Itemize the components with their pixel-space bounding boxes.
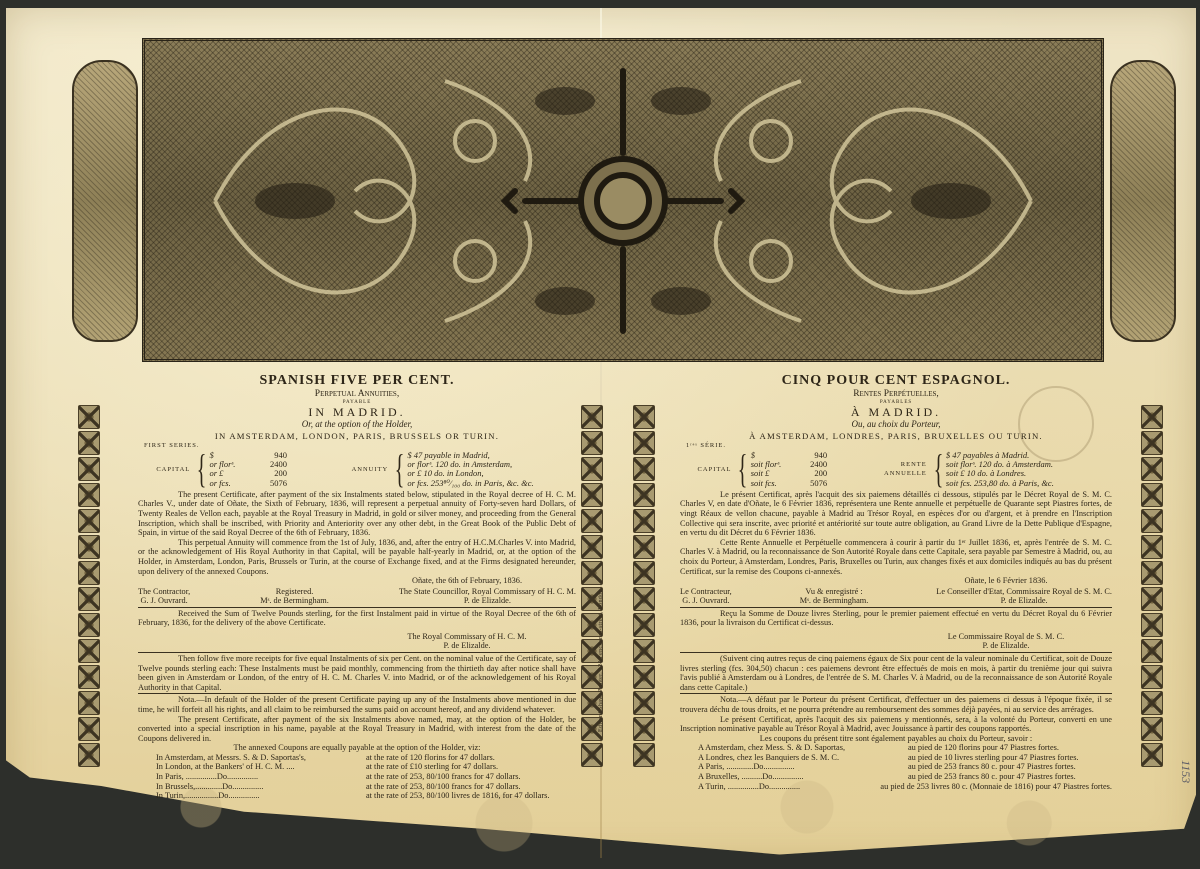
brace-icon: { [395,451,405,487]
english-amounts: CAPITAL { $940 or florˢ. 2400 or £200 or… [138,451,576,488]
capital-label: CAPITAL [138,465,194,474]
annuity-values: $ 47 payables à Madrid. soit florˢ. 120 … [946,451,1112,488]
english-receipt-sig-name: P. de Elizalde. [358,641,576,651]
brace-icon: { [738,451,748,487]
brace-icon: { [197,451,207,487]
french-receipt-sig-title: Le Commissaire Royal de S. M. C. [900,632,1112,642]
english-city: IN MADRID. [138,406,576,419]
french-receipt-sig-name: P. de Elizalde. [900,641,1112,651]
list-item: In London, at the Bankers' of H. C. M. .… [156,762,576,772]
list-item: In Amsterdam, at Messrs. S. & D. Saporta… [156,753,576,763]
french-subtitle: Rentes Perpétuelles, [680,389,1112,400]
french-nota: Nota.—A défaut par le Porteur du présent… [680,695,1112,714]
english-title: SPANISH FIVE PER CENT. [138,372,576,389]
list-item: A Londres, chez les Banquiers de S. M. C… [698,753,1112,763]
engraved-header-vignette [142,38,1104,362]
list-item: A Paris, .............Do...............a… [698,762,1112,772]
french-city: À MADRID. [680,406,1112,419]
french-para-4: Le présent Certificat, après l'acquit de… [680,715,1112,734]
english-receipt-sig-title: The Royal Commissary of H. C. M. [358,632,576,642]
capital-values: $940 or florˢ. 2400 or £200 or fcs.5076 [209,451,287,488]
list-item: In Brussels,.............Do.............… [156,782,576,792]
list-item: In Paris, ...............Do.............… [156,772,576,782]
french-para-3: (Suivent cinq autres reçus de cinq paiem… [680,654,1112,692]
list-item: A Turin, ...............Do..............… [698,782,1112,792]
french-date-line: Oñate, le 6 Février 1836. [900,576,1112,586]
list-item: A Bruxelles, ..........Do...............… [698,772,1112,782]
english-coupon-list: In Amsterdam, at Messrs. S. & D. Saporta… [156,753,576,801]
left-ornament-border [78,405,100,767]
divider [680,652,1112,653]
annuity-label: RENTE ANNUELLE [875,460,930,478]
right-ornament-border [1141,405,1163,767]
english-date-line: Oñate, the 6th of February, 1836. [358,576,576,586]
french-para-1: Le présent Certificat, après l'acquit de… [680,490,1112,538]
english-option-line: Or, at the option of the Holder, [138,419,576,430]
english-para-4: The present Certificate, after payment o… [138,715,576,744]
list-item: In Turin,................Do.............… [156,791,576,801]
english-text-column: SPANISH FIVE PER CENT. Perpetual Annuiti… [138,370,576,790]
pencil-annotation: 1153 [1178,760,1193,783]
english-receipt: Received the Sum of Twelve Pounds sterli… [138,609,576,628]
english-para-1: The present Certificate, after payment o… [138,490,576,538]
capital-label: CAPITAL [680,465,735,474]
divider [138,607,576,608]
french-text-column: CINQ POUR CENT ESPAGNOL. Rentes Perpétue… [680,370,1112,790]
french-coupon-list: A Amsterdam, chez Mess. S. & D. Saportas… [698,743,1112,791]
english-signatures: The Contractor,G. J. Ouvrard. Registered… [138,587,576,606]
annuity-label: ANNUITY [336,465,392,474]
french-receipt: Reçu la Somme de Douze livres Sterling, … [680,609,1112,628]
center-right-ornament-border [633,405,655,767]
french-signatures: Le Contracteur,G. J. Ouvrard. Vu & enreg… [680,587,1112,606]
divider [138,693,576,694]
divider [138,652,576,653]
list-item: A Amsterdam, chez Mess. S. & D. Saportas… [698,743,1112,753]
english-cities-line: IN AMSTERDAM, LONDON, PARIS, BRUSSELS OR… [138,430,576,442]
french-cities-line: À AMSTERDAM, LONDRES, PARIS, BRUXELLES O… [680,430,1112,442]
right-scroll-ornament [1110,60,1176,342]
left-scroll-ornament [72,60,138,342]
english-para-2: This perpetual Annuity will commence fro… [138,538,576,576]
english-series: FIRST SERIES. [144,442,576,450]
scrollwork-ornament-icon [145,41,1101,359]
english-subtitle: Perpetual Annuities, [138,389,576,400]
french-amounts: CAPITAL { $940 soit florˢ.2400 soit £200… [680,451,1112,488]
annuity-values: $ 47 payable in Madrid, or florˢ. 120 do… [407,451,576,488]
english-para-3: Then follow five more receipts for five … [138,654,576,692]
divider [680,693,1112,694]
french-coupons-intro: Les coupons du présent titre sont égalem… [680,734,1112,744]
french-para-2: Cette Rente Annuelle et Perpétuelle comm… [680,538,1112,576]
english-nota: Nota.—In default of the Holder of the pr… [138,695,576,714]
french-series: 1ʳᵉˢ SÉRIE. [686,442,1112,450]
brace-icon: { [934,451,944,487]
french-title: CINQ POUR CENT ESPAGNOL. [680,372,1112,389]
divider [680,607,1112,608]
french-option-line: Ou, au choix du Porteur, [680,419,1112,430]
printer-imprint: Edward Shaw, Printer, 124 Fenchurch-stre… [598,580,614,740]
capital-values: $940 soit florˢ.2400 soit £200 soit fcs.… [751,451,827,488]
english-coupons-intro: The annexed Coupons are equally payable … [138,743,576,753]
